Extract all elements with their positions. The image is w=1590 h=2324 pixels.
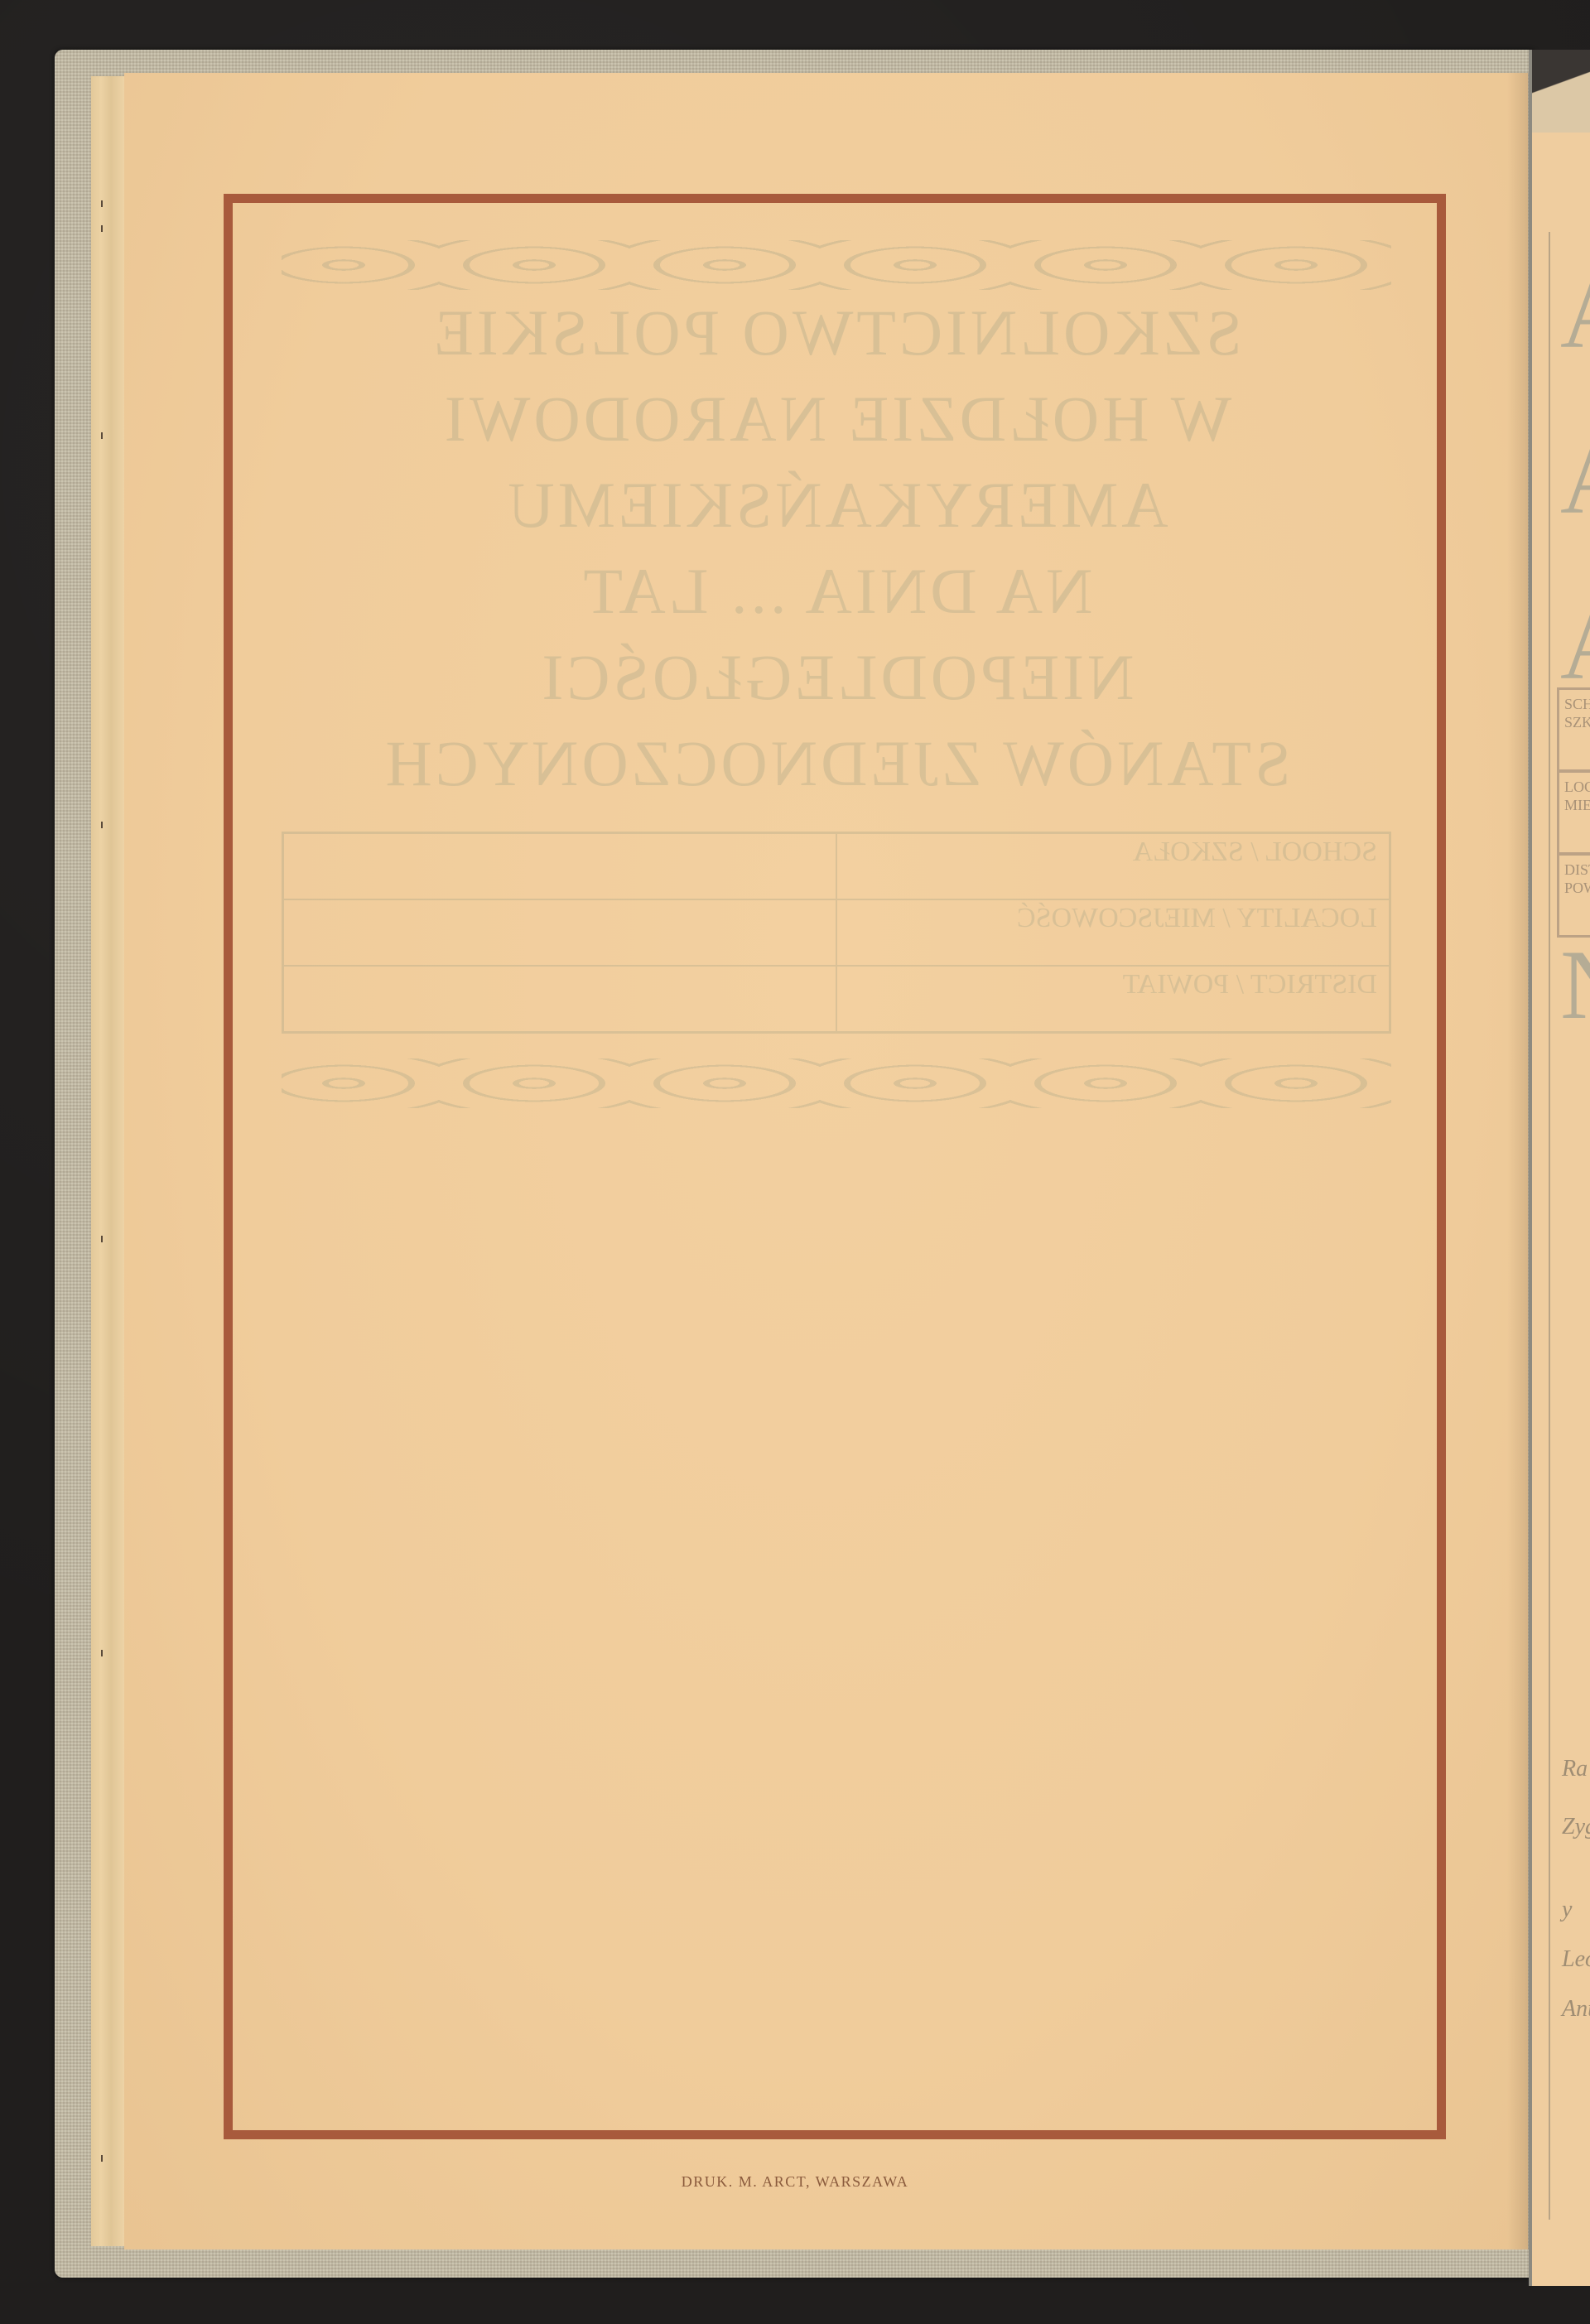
printer-imprint: DRUK. M. ARCT, WARSZAWA xyxy=(0,2173,1590,2191)
facing-label-school: SCHOO SZKOŁ xyxy=(1557,687,1590,772)
ornament-letter-icon: A xyxy=(1560,422,1590,537)
ornament-letter-icon: A xyxy=(1560,588,1590,702)
ornament-letter-icon: N xyxy=(1560,928,1590,1042)
edge-mark xyxy=(101,200,103,207)
facing-page-rule xyxy=(1549,232,1550,2220)
edge-mark xyxy=(101,1650,103,1656)
handwriting: Ra xyxy=(1562,1756,1588,1782)
handwriting: Anuf xyxy=(1562,1996,1590,2023)
edge-mark xyxy=(101,225,103,232)
facing-label-locality: LOCAL MIEJSC xyxy=(1557,770,1590,855)
ornament-letter-icon: A xyxy=(1560,257,1590,371)
edge-mark xyxy=(101,432,103,439)
facing-page-corner xyxy=(1532,50,1590,133)
edge-mark xyxy=(101,1236,103,1242)
facing-page-sliver: A A A SCHOO SZKOŁ LOCAL MIEJSC DISTRI PO… xyxy=(1529,50,1590,2286)
handwriting: Leona xyxy=(1562,1946,1590,1973)
edge-mark xyxy=(101,822,103,828)
handwriting: Zygm xyxy=(1562,1814,1590,1840)
facing-label-district: DISTRI POWIA xyxy=(1557,853,1590,938)
edge-mark xyxy=(101,2155,103,2162)
handwriting: y xyxy=(1562,1897,1572,1923)
decorative-frame-border xyxy=(224,194,1446,2139)
page-block-edges xyxy=(91,76,125,2246)
